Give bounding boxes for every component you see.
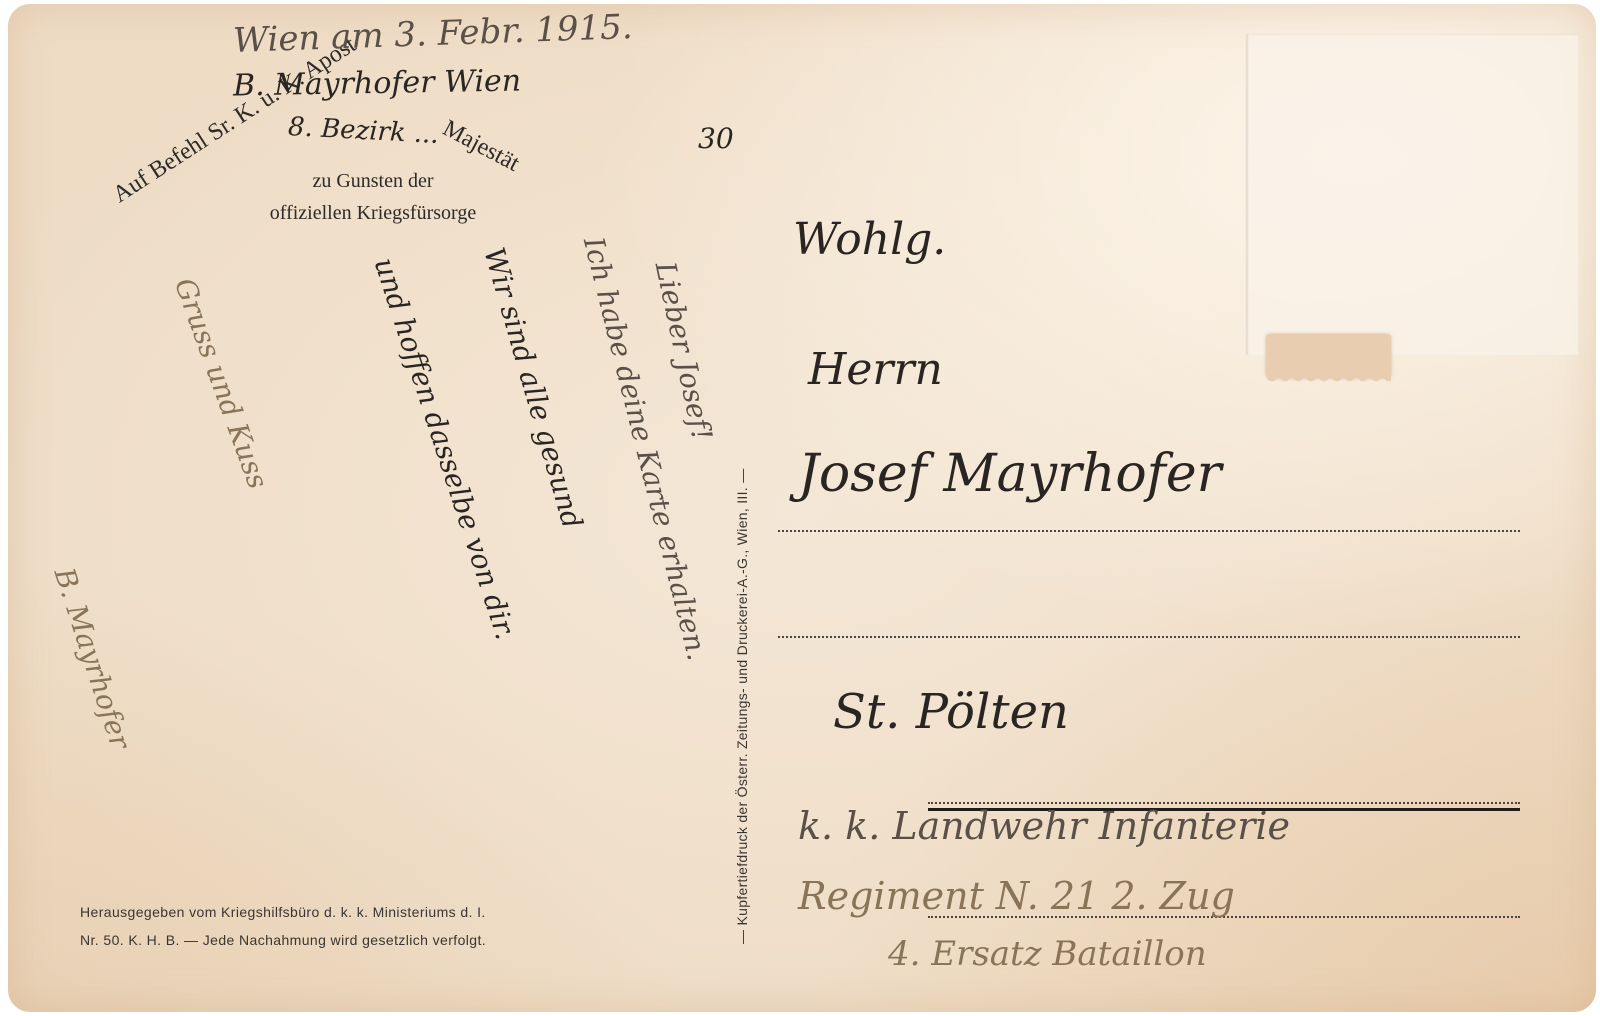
address-title: Herrn <box>808 344 943 395</box>
address-unit-line-1: k. k. Landwehr Infanterie <box>798 804 1290 848</box>
address-unit-line-2: Regiment N. 21 2. Zug <box>798 874 1235 918</box>
address-unit-line-3: 4. Ersatz Bataillon <box>888 934 1207 974</box>
message-column: Lieber Josef! <box>649 259 718 443</box>
message-column: Gruss und Kuss <box>168 274 274 493</box>
handwritten-sender: B. Mayrhofer Wien <box>233 63 522 103</box>
printed-footer-publisher: Herausgegeben vom Kriegshilfsbüro d. k. … <box>80 904 486 920</box>
stamp-area-removed <box>1246 34 1578 355</box>
handwritten-date: Wien am 3. Febr. 1915. <box>232 7 633 61</box>
printed-footer-notice: Nr. 50. K. H. B. — Jede Nachahmung wird … <box>80 932 486 948</box>
address-dotted-line-2 <box>778 636 1520 638</box>
address-name: Josef Mayrhofer <box>798 444 1222 504</box>
address-salutation: Wohlg. <box>793 214 946 265</box>
postcard: Auf Befehl Sr. K. u. K. Apost Majestät z… <box>8 4 1596 1012</box>
message-column: Ich habe deine Karte erhalten. <box>577 234 713 664</box>
printed-vertical-imprint: — Kupfertiefdruck der Österr. Zeitungs- … <box>734 469 750 945</box>
printed-header-arc-right: Majestät <box>438 115 524 178</box>
message-column: B. Mayrhofer <box>48 564 137 753</box>
address-city: St. Pölten <box>833 684 1069 740</box>
message-column: Wir sind alle gesund <box>477 244 588 532</box>
address-dotted-line-1 <box>778 530 1520 532</box>
handwritten-district: 8. Bezirk ... <box>287 112 439 150</box>
printed-center-line-2: offiziellen Kriegsfürsorge <box>218 202 528 225</box>
stamp-remnant <box>1266 334 1391 378</box>
printed-center-line-1: zu Gunsten der <box>218 170 528 193</box>
handwritten-corner-number: 30 <box>698 122 734 155</box>
